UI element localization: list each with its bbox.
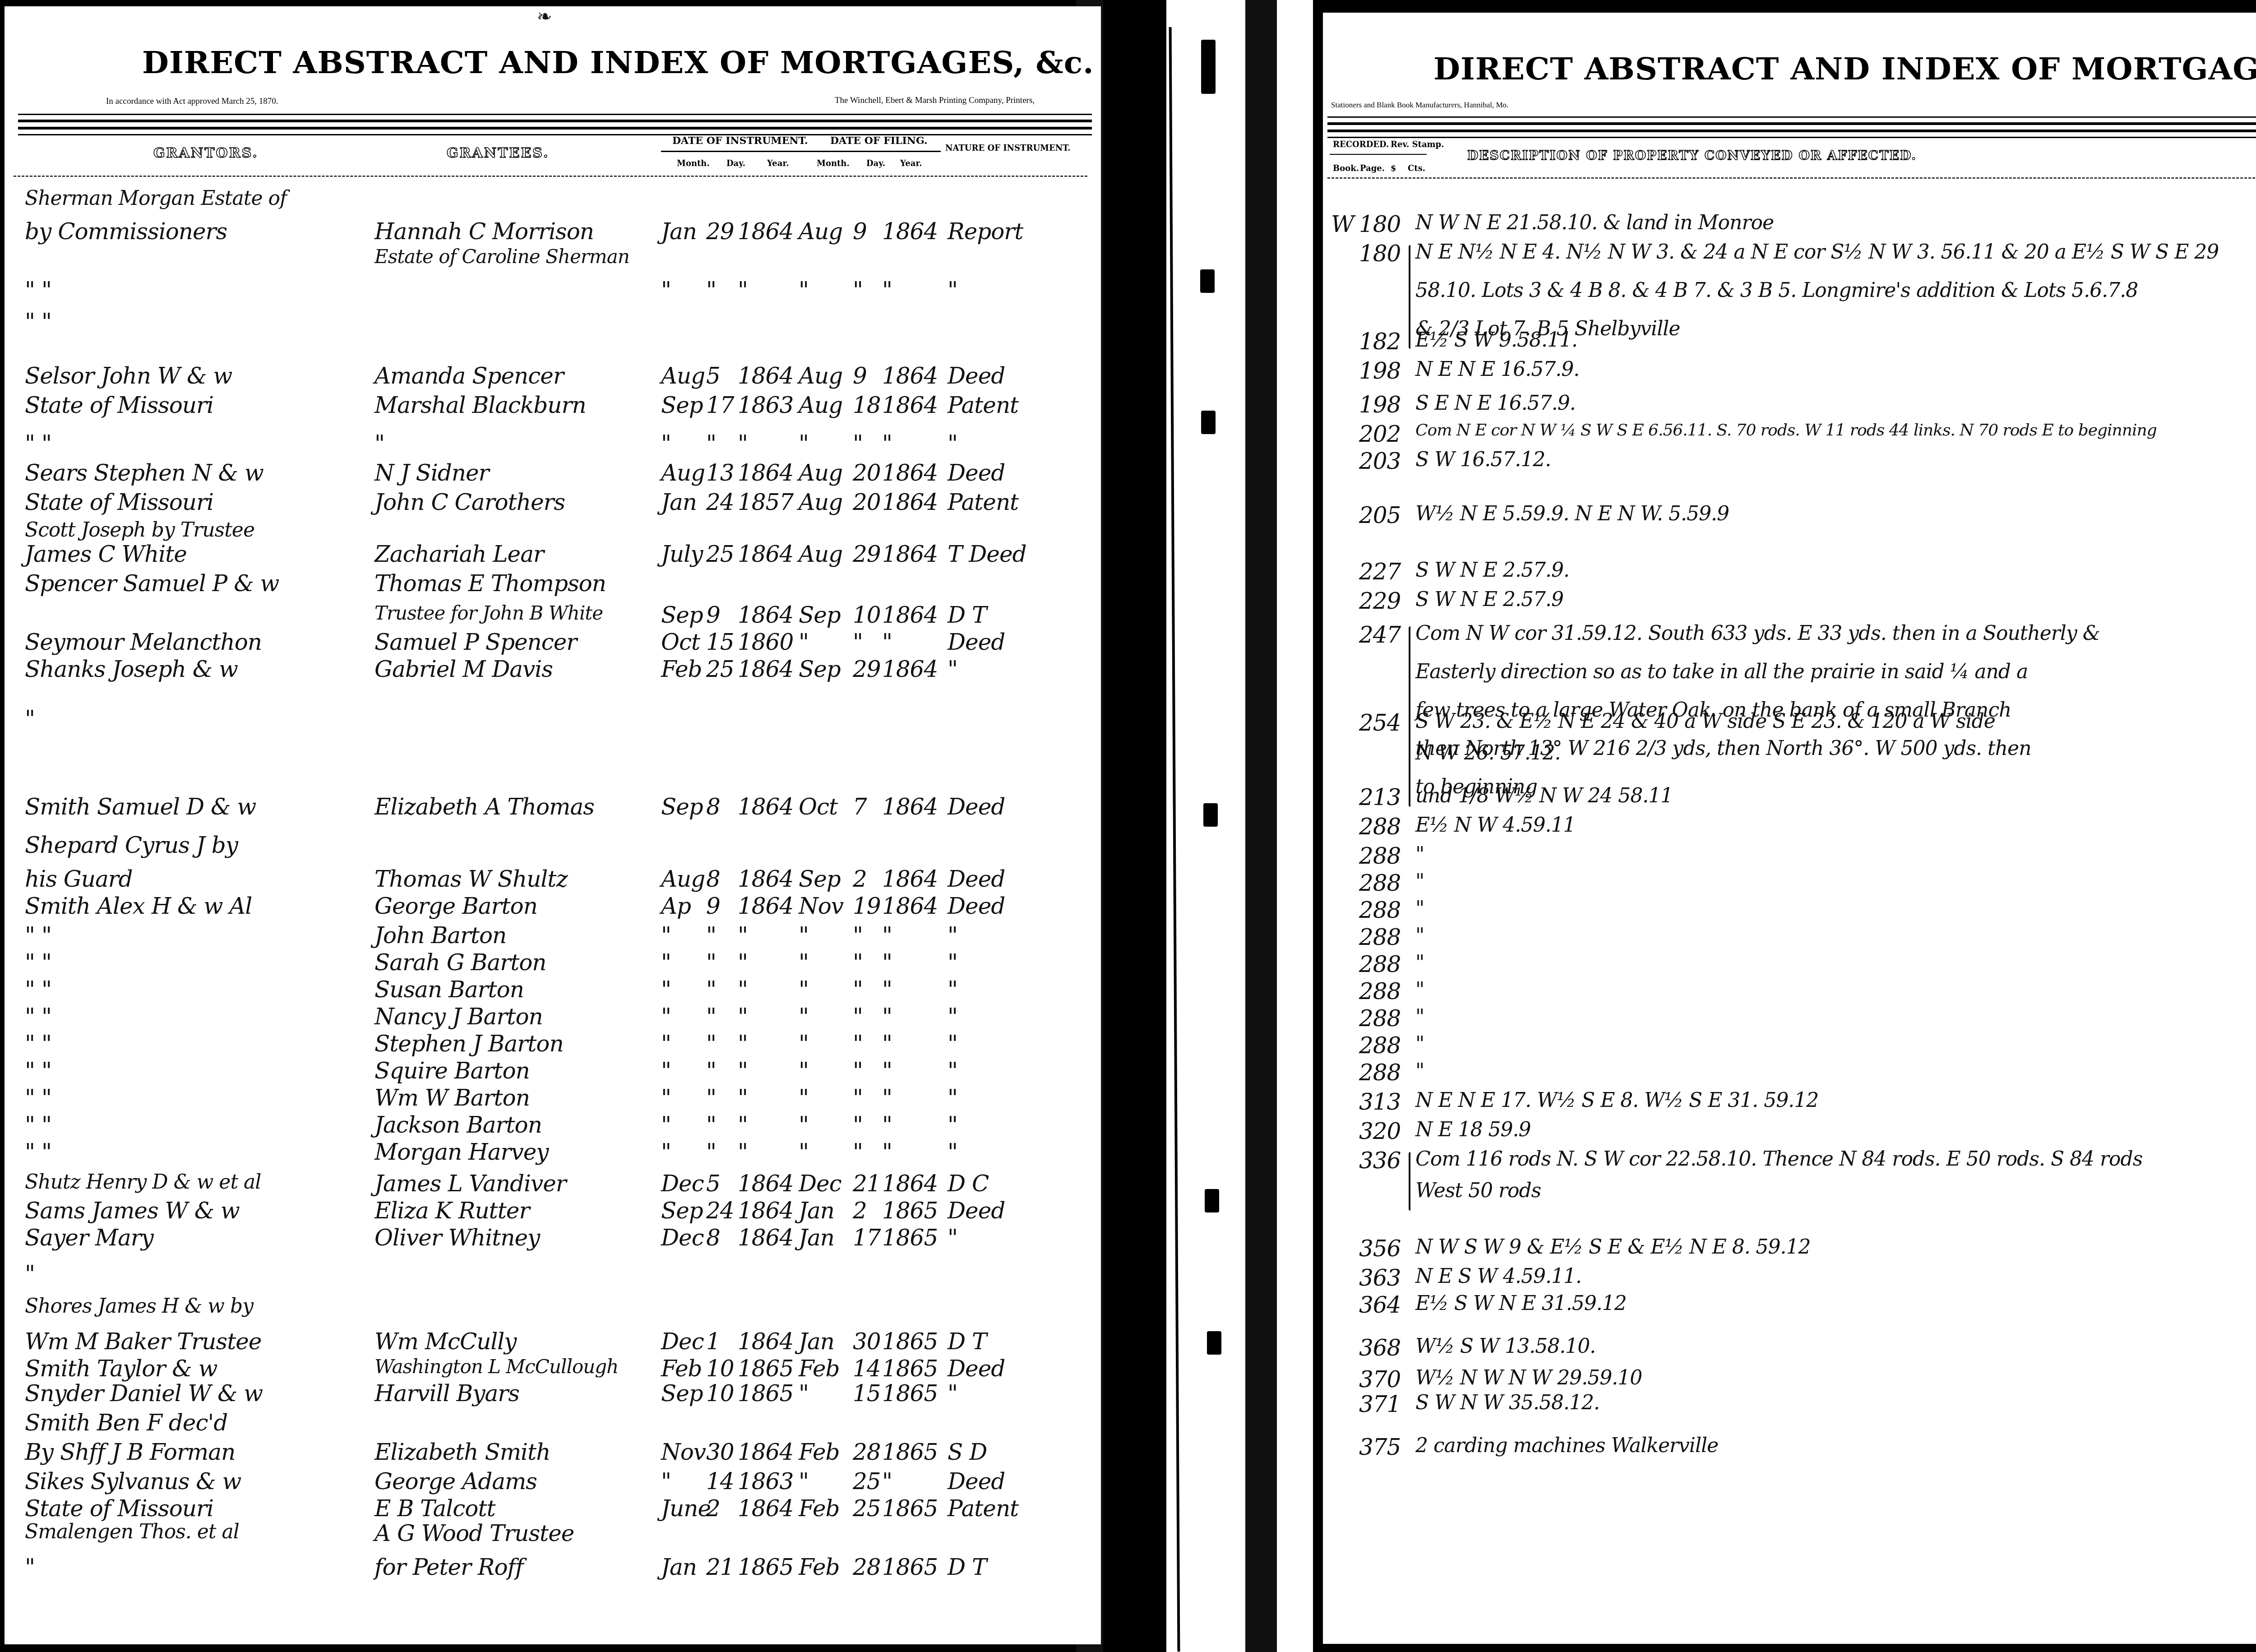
nature-cell: " (948, 1004, 957, 1030)
grantee-cell: Gabriel M Davis (374, 656, 553, 682)
filing-month-cell: " (799, 1085, 809, 1111)
filing-month-cell: Aug (799, 392, 842, 418)
grantor-cell: Smith Samuel D & w (25, 794, 256, 820)
page-cell: 371 (1359, 1391, 1401, 1417)
date-header-divider (661, 151, 941, 152)
description-line: N E N E 17. W½ S E 8. W½ S E 31. 59.12 (1415, 1089, 1818, 1112)
description-line: " (1415, 978, 1424, 1001)
filing-day-cell: 2 (853, 1198, 867, 1224)
page-cell: 288 (1359, 870, 1401, 896)
instrument-day-cell: 14 (706, 1468, 734, 1495)
instrument-month-cell: Feb (661, 656, 702, 682)
instrument-day-cell: 8 (706, 1225, 720, 1251)
grantee-cell: Oliver Whitney (374, 1225, 540, 1251)
grantor-cell: Shores James H & w by (25, 1295, 253, 1318)
grantee-cell: Nancy J Barton (374, 1004, 543, 1030)
binding-hole (1147, 59, 1161, 113)
filing-month-cell: Sep (799, 866, 841, 892)
filing-month-cell: Feb (799, 1356, 840, 1382)
filing-month-cell: Aug (799, 460, 842, 486)
instrument-month-cell: " (661, 922, 671, 949)
column-header-description: DESCRIPTION OF PROPERTY CONVEYED OR AFFE… (1467, 148, 1917, 163)
filing-month-cell: " (799, 1004, 809, 1030)
instrument-day-cell: 13 (706, 460, 734, 486)
page-cell: 198 (1359, 358, 1401, 384)
page-cell: 288 (1359, 924, 1401, 950)
instrument-day-cell: " (706, 1085, 716, 1111)
page-cell: 180 (1359, 241, 1401, 267)
description-line: 2 carding machines Walkerville (1415, 1434, 1718, 1457)
filing-month-cell: " (799, 1112, 809, 1138)
nature-cell: " (948, 949, 957, 976)
filing-day-cell: 17 (853, 1225, 881, 1251)
filing-day-cell: " (853, 1031, 863, 1057)
filing-month-cell: " (799, 922, 809, 949)
description-line: 58.10. Lots 3 & 4 B 8. & 4 B 7. & 3 B 5.… (1415, 279, 2138, 302)
nature-cell: Deed (948, 1356, 1005, 1382)
description-line: N E N½ N E 4. N½ N W 3. & 24 a N E cor S… (1415, 241, 2219, 264)
nature-cell: " (948, 1225, 957, 1251)
instrument-year-cell: " (738, 949, 748, 976)
grantor-cell: " " (25, 277, 51, 303)
subheader-file-month: Month. (817, 159, 850, 168)
grantee-cell: James L Vandiver (374, 1171, 566, 1197)
filing-year-cell: " (882, 1004, 892, 1030)
filing-year-cell: " (882, 430, 892, 457)
page-cell: 180 (1359, 211, 1401, 237)
instrument-month-cell: " (661, 1468, 671, 1495)
instrument-month-cell: " (661, 976, 671, 1003)
nature-cell: " (948, 976, 957, 1003)
filing-year-cell: 1864 (882, 392, 938, 418)
grantee-cell: Thomas W Shultz (374, 866, 568, 892)
filing-day-cell: 15 (853, 1380, 881, 1407)
grantee-cell: Squire Barton (374, 1058, 530, 1084)
grantee-cell: " (374, 430, 384, 457)
grantee-cell: Zachariah Lear (374, 541, 544, 567)
grantee-cell: Susan Barton (374, 976, 524, 1003)
instrument-day-cell: 24 (706, 489, 734, 515)
filing-day-cell: 14 (853, 1356, 881, 1382)
nature-cell: Patent (948, 489, 1018, 515)
instrument-day-cell: " (706, 1112, 716, 1138)
page-cell: 288 (1359, 978, 1401, 1004)
grantee-cell: Elizabeth A Thomas (374, 794, 594, 820)
nature-cell: Deed (948, 1198, 1005, 1224)
filing-month-cell: " (799, 430, 809, 457)
grantor-cell: Seymour Melancthon (25, 629, 262, 655)
filing-year-cell: " (882, 1058, 892, 1084)
instrument-day-cell: 8 (706, 794, 720, 820)
grantor-cell: " (25, 1554, 35, 1580)
grantee-cell: John Barton (374, 922, 506, 949)
filing-day-cell: 20 (853, 489, 881, 515)
grouping-brace (1409, 714, 1410, 773)
instrument-year-cell: 1864 (738, 866, 793, 892)
filing-year-cell: " (882, 1031, 892, 1057)
grantor-cell: Selsor John W & w (25, 363, 232, 389)
grantee-cell: Washington L McCullough (374, 1356, 618, 1378)
filing-day-cell: " (853, 1139, 863, 1165)
filing-day-cell: 9 (853, 363, 867, 389)
instrument-year-cell: 1860 (738, 629, 793, 655)
instrument-month-cell: June (661, 1495, 711, 1522)
instrument-year-cell: " (738, 1139, 748, 1165)
description-line: S W 16.57.12. (1415, 448, 1551, 471)
description-line: Com N W cor 31.59.12. South 633 yds. E 3… (1415, 622, 2100, 645)
filing-year-cell: 1864 (882, 489, 938, 515)
subheader-dollars: $ (1391, 164, 1396, 173)
grouping-brace (1409, 245, 1410, 349)
filing-year-cell: " (882, 1085, 892, 1111)
filing-month-cell: " (799, 629, 809, 655)
instrument-month-cell: July (661, 541, 703, 567)
instrument-day-cell: " (706, 277, 716, 303)
instrument-year-cell: 1864 (738, 893, 793, 919)
nature-cell: Deed (948, 1468, 1005, 1495)
filing-year-cell: " (882, 1468, 892, 1495)
page-cell: 288 (1359, 843, 1401, 869)
filing-day-cell: " (853, 1004, 863, 1030)
filing-year-cell: " (882, 629, 892, 655)
page-cell: 213 (1359, 784, 1401, 810)
instrument-day-cell: " (706, 1058, 716, 1084)
filing-month-cell: Sep (799, 602, 841, 628)
instrument-day-cell: 24 (706, 1198, 734, 1224)
grantor-cell: " " (25, 1058, 51, 1084)
nature-cell: " (948, 1058, 957, 1084)
filing-day-cell: 18 (853, 392, 881, 418)
instrument-month-cell: Sep (661, 392, 703, 418)
grantee-cell: Estate of Caroline Sherman (374, 245, 629, 268)
instrument-day-cell: 21 (706, 1554, 734, 1580)
filing-month-cell: Jan (799, 1198, 834, 1224)
grantee-cell: Elizabeth Smith (374, 1439, 550, 1465)
grantor-cell: " (25, 1261, 35, 1287)
filing-month-cell: " (799, 1380, 809, 1407)
filing-month-cell: Jan (799, 1225, 834, 1251)
instrument-year-cell: 1864 (738, 460, 793, 486)
instrument-year-cell: 1865 (738, 1356, 793, 1382)
column-header-nature-of-instrument: NATURE OF INSTRUMENT. (945, 143, 1071, 153)
instrument-month-cell: Sep (661, 794, 703, 820)
subheader-cents: Cts. (1408, 164, 1425, 173)
filing-year-cell: 1865 (882, 1198, 938, 1224)
subheader-file-year: Year. (900, 159, 922, 168)
grantee-cell: Wm W Barton (374, 1085, 530, 1111)
instrument-day-cell: " (706, 1004, 716, 1030)
description-line: " (1415, 870, 1424, 893)
filing-year-cell: 1864 (882, 656, 938, 682)
nature-cell: " (948, 656, 957, 682)
instrument-day-cell: 9 (706, 602, 720, 628)
page-cell: 375 (1359, 1434, 1401, 1460)
page-cell: 313 (1359, 1089, 1401, 1115)
filing-month-cell: " (799, 1468, 809, 1495)
nature-cell: D T (948, 1328, 986, 1355)
instrument-day-cell: " (706, 949, 716, 976)
description-line: Easterly direction so as to take in all … (1415, 660, 2028, 683)
binding-hole (1146, 408, 1160, 432)
instrument-year-cell: 1865 (738, 1380, 793, 1407)
instrument-day-cell: " (706, 430, 716, 457)
instrument-day-cell: " (706, 1139, 716, 1165)
page-cell: 205 (1359, 502, 1401, 528)
description-line: S W N W 35.58.12. (1415, 1391, 1600, 1414)
page-cell: 227 (1359, 559, 1401, 585)
filing-year-cell: 1864 (882, 602, 938, 628)
filing-year-cell: " (882, 949, 892, 976)
filing-month-cell: " (799, 1139, 809, 1165)
description-line: " (1415, 843, 1424, 866)
instrument-month-cell: " (661, 1085, 671, 1111)
instrument-year-cell: " (738, 976, 748, 1003)
grantee-cell: Jackson Barton (374, 1112, 542, 1138)
instrument-day-cell: 2 (706, 1495, 720, 1522)
grantor-cell: Sherman Morgan Estate of (25, 187, 287, 210)
instrument-day-cell: 25 (706, 541, 734, 567)
description-line: N E N E 16.57.9. (1415, 358, 1579, 381)
binding-hole (1151, 1327, 1165, 1350)
binding-hole (1201, 411, 1216, 434)
instrument-day-cell: " (706, 922, 716, 949)
nature-cell: Report (948, 218, 1023, 245)
filing-year-cell: " (882, 277, 892, 303)
grantor-cell: Sikes Sylvanus & w (25, 1468, 241, 1495)
column-header-grantors: GRANTORS. (153, 145, 259, 161)
grantee-cell: Hannah C Morrison (374, 218, 594, 245)
nature-cell: " (948, 1112, 957, 1138)
filing-day-cell: 10 (853, 602, 881, 628)
instrument-month-cell: " (661, 1139, 671, 1165)
grantor-cell: State of Missouri (25, 489, 213, 515)
instrument-day-cell: 8 (706, 866, 720, 892)
page-cell: 370 (1359, 1366, 1401, 1393)
grantor-cell: Sears Stephen N & w (25, 460, 264, 486)
header-bottom-rule (14, 176, 1087, 177)
instrument-month-cell: Feb (661, 1356, 702, 1382)
grantee-cell: Marshal Blackburn (374, 392, 586, 418)
instrument-day-cell: 1 (706, 1328, 720, 1355)
instrument-day-cell: 9 (706, 893, 720, 919)
nature-cell: T Deed (948, 541, 1026, 567)
description-line: Com 116 rods N. S W cor 22.58.10. Thence… (1415, 1148, 2142, 1171)
grantor-cell: State of Missouri (25, 392, 213, 418)
subheader-inst-day: Day. (726, 159, 745, 168)
instrument-day-cell: 25 (706, 656, 734, 682)
instrument-day-cell: 5 (706, 363, 720, 389)
nature-cell: " (948, 1031, 957, 1057)
filing-year-cell: 1865 (882, 1495, 938, 1522)
imprint-printer: The Winchell, Ebert & Marsh Printing Com… (835, 96, 1035, 106)
instrument-year-cell: 1864 (738, 794, 793, 820)
grantee-cell: John C Carothers (374, 489, 565, 515)
description-line: " (1415, 1005, 1424, 1028)
book-cell: W (1331, 211, 1354, 237)
page-cell: 202 (1359, 421, 1401, 447)
grantor-cell: " " (25, 1112, 51, 1138)
binding-hole (1203, 803, 1218, 827)
instrument-month-cell: " (661, 1031, 671, 1057)
subheader-inst-month: Month. (677, 159, 710, 168)
instrument-year-cell: 1864 (738, 1198, 793, 1224)
grantor-cell: Wm M Baker Trustee (25, 1328, 261, 1355)
filing-year-cell: " (882, 1112, 892, 1138)
imprint-stationers: Stationers and Blank Book Manufacturers,… (1331, 101, 1508, 110)
instrument-day-cell: " (706, 976, 716, 1003)
grantor-cell: " " (25, 430, 51, 457)
filing-day-cell: 19 (853, 893, 881, 919)
page-cell: 336 (1359, 1148, 1401, 1174)
page-cell: 363 (1359, 1265, 1401, 1291)
page-title: DIRECT ABSTRACT AND INDEX OF MORTGAGES, … (1433, 51, 2256, 87)
subheader-book: Book. (1333, 164, 1359, 173)
filing-year-cell: 1864 (882, 218, 938, 245)
nature-cell: " (948, 430, 957, 457)
instrument-year-cell: " (738, 1085, 748, 1111)
instrument-year-cell: " (738, 922, 748, 949)
description-line: und 1/8 W½ N W 24 58.11 (1415, 784, 1673, 807)
page-cell: 288 (1359, 951, 1401, 977)
grantor-cell: " " (25, 922, 51, 949)
instrument-day-cell: 17 (706, 392, 734, 418)
binding-hole (1205, 1189, 1219, 1212)
instrument-month-cell: " (661, 1004, 671, 1030)
instrument-year-cell: 1864 (738, 1171, 793, 1197)
nature-cell: Deed (948, 629, 1005, 655)
filing-day-cell: " (853, 1112, 863, 1138)
grantor-cell: " (25, 706, 35, 732)
page-cell: 229 (1359, 588, 1401, 614)
filing-day-cell: 25 (853, 1468, 881, 1495)
description-line: N W 26. 57.12. (1415, 741, 1561, 764)
grantor-cell: Smith Ben F dec'd (25, 1410, 227, 1436)
column-header-date-of-instrument: DATE OF INSTRUMENT. (672, 135, 808, 147)
nature-cell: D C (948, 1171, 989, 1197)
filing-year-cell: 1865 (882, 1328, 938, 1355)
instrument-year-cell: " (738, 430, 748, 457)
grantor-cell: Scott Joseph by Trustee (25, 518, 254, 541)
filing-year-cell: 1864 (882, 541, 938, 567)
page-cell: 247 (1359, 622, 1401, 648)
filing-day-cell: 29 (853, 541, 881, 567)
grantor-cell: Sayer Mary (25, 1225, 153, 1251)
grantor-cell: " " (25, 976, 51, 1003)
binding-hole (1148, 799, 1163, 822)
instrument-year-cell: 1864 (738, 1439, 793, 1465)
filing-year-cell: 1864 (882, 794, 938, 820)
filing-day-cell: 21 (853, 1171, 881, 1197)
column-header-rev-stamp: Rev. Stamp. (1391, 140, 1444, 149)
instrument-year-cell: 1864 (738, 1328, 793, 1355)
filing-year-cell: " (882, 1139, 892, 1165)
description-line: E½ S W 9.58.11. (1415, 329, 1577, 352)
instrument-month-cell: Aug (661, 363, 705, 389)
filing-day-cell: 7 (853, 794, 867, 820)
description-line: W½ S W 13.58.10. (1415, 1335, 1595, 1358)
gutter-strip (1166, 0, 1313, 1652)
instrument-month-cell: Aug (661, 866, 705, 892)
filing-month-cell: " (799, 1058, 809, 1084)
grantor-cell: " " (25, 1085, 51, 1111)
nature-cell: Deed (948, 460, 1005, 486)
binding-hole (1200, 269, 1215, 293)
filing-month-cell: " (799, 1031, 809, 1057)
instrument-year-cell: 1864 (738, 1495, 793, 1522)
filing-year-cell: 1865 (882, 1554, 938, 1580)
filing-day-cell: 28 (853, 1554, 881, 1580)
subheader-page: Page. (1360, 164, 1385, 173)
instrument-year-cell: 1865 (738, 1554, 793, 1580)
filing-month-cell: Feb (799, 1495, 840, 1522)
grantor-cell: By Shff J B Forman (25, 1439, 235, 1465)
binding-hole (1207, 1331, 1221, 1355)
instrument-day-cell: 15 (706, 629, 734, 655)
page-cell: 198 (1359, 392, 1401, 418)
instrument-month-cell: Dec (661, 1171, 704, 1197)
filing-year-cell: " (882, 922, 892, 949)
filing-year-cell: " (882, 976, 892, 1003)
filing-day-cell: " (853, 949, 863, 976)
instrument-day-cell: " (706, 1031, 716, 1057)
instrument-month-cell: " (661, 949, 671, 976)
grantee-cell: George Barton (374, 893, 537, 919)
subheader-file-day: Day. (866, 159, 885, 168)
filing-month-cell: Dec (799, 1171, 841, 1197)
filing-year-cell: 1864 (882, 460, 938, 486)
description-line: Com N E cor N W ¼ S W S E 6.56.11. S. 70… (1415, 421, 2157, 440)
filing-month-cell: Feb (799, 1554, 840, 1580)
column-header-date-of-filing: DATE OF FILING. (830, 135, 928, 147)
description-line: W½ N W N W 29.59.10 (1415, 1366, 1642, 1389)
description-line: N E 18 59.9 (1415, 1118, 1531, 1141)
nature-cell: Deed (948, 866, 1005, 892)
right-ledger-page: DIRECT ABSTRACT AND INDEX OF MORTGAGES, … (1323, 13, 2256, 1644)
grantor-cell: " " (25, 1031, 51, 1057)
instrument-month-cell: " (661, 1112, 671, 1138)
filing-year-cell: 1865 (882, 1439, 938, 1465)
instrument-month-cell: Jan (661, 218, 697, 245)
instrument-month-cell: Oct (661, 629, 700, 655)
instrument-month-cell: Ap (661, 893, 691, 919)
description-line: " (1415, 1060, 1424, 1083)
page-cell: 364 (1359, 1292, 1401, 1318)
header-rules (1327, 116, 2256, 143)
grantee-cell: Morgan Harvey (374, 1139, 549, 1165)
filing-day-cell: " (853, 629, 863, 655)
instrument-year-cell: 1864 (738, 656, 793, 682)
description-line: S E N E 16.57.9. (1415, 392, 1576, 415)
description-line: S W N E 2.57.9. (1415, 559, 1569, 582)
nature-cell: " (948, 1380, 957, 1407)
grantor-cell: James C White (25, 541, 187, 567)
instrument-month-cell: Sep (661, 602, 703, 628)
header-rules (18, 114, 1092, 140)
grantor-cell: by Commissioners (25, 218, 227, 245)
instrument-day-cell: 5 (706, 1171, 720, 1197)
grantee-cell: Wm McCully (374, 1328, 517, 1355)
page-cell: 320 (1359, 1118, 1401, 1144)
description-line: E½ S W N E 31.59.12 (1415, 1292, 1627, 1315)
grantor-cell: State of Missouri (25, 1495, 213, 1522)
description-line: West 50 rods (1415, 1179, 1541, 1202)
filing-day-cell: 28 (853, 1439, 881, 1465)
nature-cell: " (948, 1085, 957, 1111)
instrument-month-cell: Dec (661, 1328, 704, 1355)
grantee-cell: Sarah G Barton (374, 949, 546, 976)
description-line: E½ N W 4.59.11 (1415, 814, 1575, 837)
page-cell: 288 (1359, 897, 1401, 923)
